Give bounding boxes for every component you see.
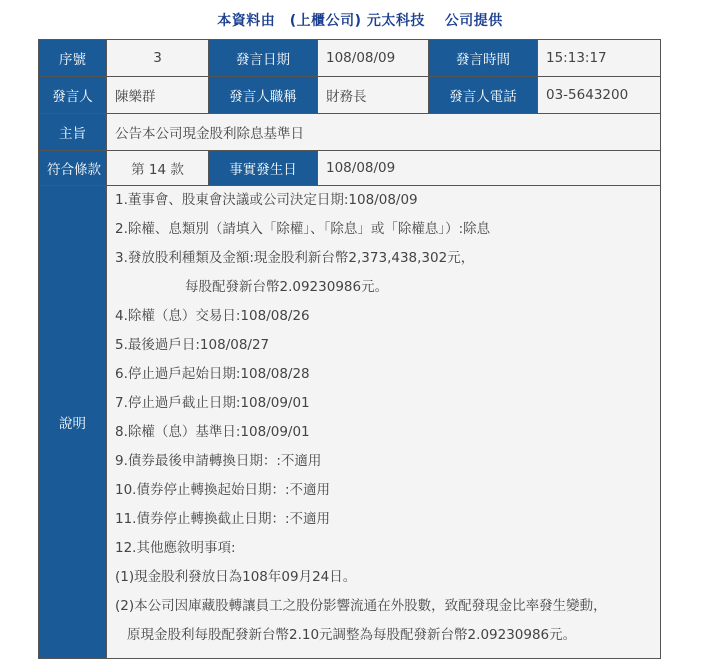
description-line: 每股配發新台幣2.09230986元。 [115,273,652,302]
subject-label: 主旨 [39,114,107,151]
table-row: 符合條款 第 14 款 事實發生日 108/08/09 [39,151,661,186]
description-line: 10.債券停止轉換起始日期：:不適用 [115,476,652,505]
description-line: 原現金股利每股配發新台幣2.10元調整為每股配發新台幣2.09230986元。 [115,621,652,650]
description-line: (2)本公司因庫藏股轉讓員工之股份影響流通在外股數，致配發現金比率發生變動， [115,592,652,621]
seq-label: 序號 [39,40,107,77]
description-line: 12.其他應敘明事項: [115,534,652,563]
description-line: 4.除權（息）交易日:108/08/26 [115,302,652,331]
description-label: 說明 [39,186,107,659]
description-line: 7.停止過戶截止日期:108/09/01 [115,389,652,418]
description-line: (1)現金股利發放日為108年09月24日。 [115,563,652,592]
table-row: 主旨 公告本公司現金股利除息基準日 [39,114,661,151]
table-row: 說明 1.董事會、股東會決議或公司決定日期:108/08/09 2.除權、息類別… [39,186,661,659]
speaker-title-label: 發言人職稱 [209,77,318,114]
description-line: 6.停止過戶起始日期:108/08/28 [115,360,652,389]
description-line: 3.發放股利種類及金額:現金股利新台幣2,373,438,302元， [115,244,652,273]
table-row: 序號 3 發言日期 108/08/09 發言時間 15:13:17 [39,40,661,77]
clause-label: 符合條款 [39,151,107,186]
date-label: 發言日期 [209,40,318,77]
subject-value: 公告本公司現金股利除息基準日 [107,114,661,151]
event-date-label: 事實發生日 [209,151,318,186]
seq-value: 3 [107,40,209,77]
table-row: 發言人 陳樂群 發言人職稱 財務長 發言人電話 03-5643200 [39,77,661,114]
announcement-table: 序號 3 發言日期 108/08/09 發言時間 15:13:17 發言人 陳樂… [38,39,661,659]
description-line: 8.除權（息）基準日:108/09/01 [115,418,652,447]
speaker-value: 陳樂群 [107,77,209,114]
phone-label: 發言人電話 [429,77,538,114]
description-line: 11.債券停止轉換截止日期：:不適用 [115,505,652,534]
description-body: 1.董事會、股東會決議或公司決定日期:108/08/09 2.除權、息類別（請填… [107,186,661,659]
provider-header: 本資料由 (上櫃公司) 元太科技 公司提供 [0,10,720,30]
time-label: 發言時間 [429,40,538,77]
speaker-title-value: 財務長 [318,77,429,114]
phone-value: 03-5643200 [538,77,661,114]
date-value: 108/08/09 [318,40,429,77]
event-date-value: 108/08/09 [318,151,661,186]
description-line: 9.債券最後申請轉換日期：:不適用 [115,447,652,476]
description-line: 2.除權、息類別（請填入「除權」、「除息」或「除權息」）:除息 [115,215,652,244]
speaker-label: 發言人 [39,77,107,114]
time-value: 15:13:17 [538,40,661,77]
clause-value: 第 14 款 [107,151,209,186]
description-line: 5.最後過戶日:108/08/27 [115,331,652,360]
description-line: 1.董事會、股東會決議或公司決定日期:108/08/09 [115,186,652,215]
